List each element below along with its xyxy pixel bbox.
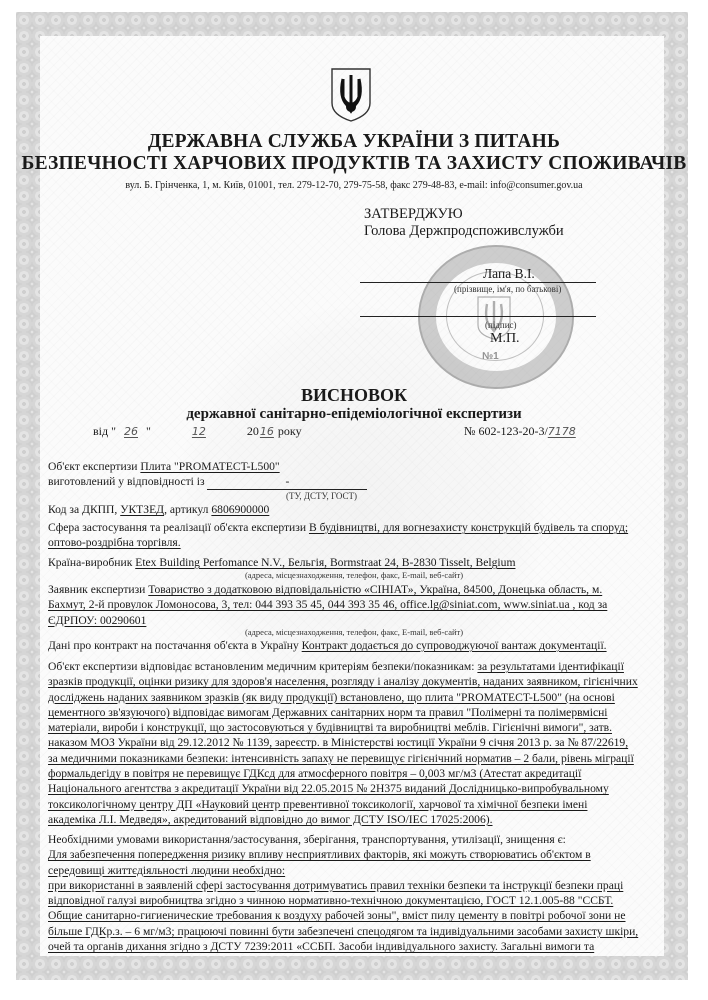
producer-value: Etex Building Perfomance N.V., Бельгія, …: [135, 556, 515, 569]
applicant-value-2: Бахмут, 2-й провулок Ломоносова, 3, тел:…: [48, 598, 607, 611]
signature-line: [360, 316, 596, 317]
approver-position: Голова Держпродспоживслужби: [364, 223, 564, 240]
applicant-value-3: ЄДРПОУ: 00290601: [48, 614, 146, 627]
compliance-line: цементного зв'язуючого) відповідає вимог…: [48, 705, 660, 720]
code-value: 6806900000: [211, 503, 269, 516]
name-line: [360, 282, 596, 283]
object-value: Плита "PROMATECT-L500": [140, 460, 279, 473]
applicant-label: Заявник експертизи: [48, 583, 145, 596]
date-year-prefix: 20: [247, 424, 259, 438]
conditions-line: відповідної галузі виробництва згідно з …: [48, 893, 660, 908]
name-caption: (прізвище, ім'я, по батькові): [454, 284, 561, 294]
contract-value: Контракт додається до супроводжуючої ван…: [302, 639, 607, 652]
document-subtitle: державної санітарно-епідеміологічної екс…: [0, 406, 708, 423]
applicant-caption: (адреса, місцезнаходження, телефон, факс…: [48, 627, 660, 638]
conditions-line: Общие санитарно-гигиенические требования…: [48, 908, 660, 923]
made-field: виготовлений у відповідності із -: [48, 474, 660, 490]
object-field: Об'єкт експертизи Плита "PROMATECT-L500": [48, 459, 660, 474]
contract-label: Дані про контракт на постачання об'єкта …: [48, 639, 299, 652]
scope-field: Сфера застосування та реалізації об'єкта…: [48, 520, 660, 551]
compliance-line: Національного агентства з акредитації Ук…: [48, 781, 660, 796]
compliance-line: за медичними показниками безпеки: інтенс…: [48, 751, 660, 766]
compliance-line: зразків продукції, оцінки ризику для здо…: [48, 674, 660, 689]
document-number: № 602-123-20-3/7178: [464, 424, 610, 439]
producer-label: Країна-виробник: [48, 556, 132, 569]
compliance-line: наказом МОЗ України від 29.12.2012 № 113…: [48, 735, 660, 750]
org-address: вул. Б. Грінченка, 1, м. Київ, 01001, те…: [0, 180, 708, 191]
number-handwritten: 7178: [548, 425, 610, 438]
applicant-value-1: Товариство з додатковою відповідальністю…: [148, 583, 602, 596]
date-suffix: року: [278, 424, 302, 438]
org-name-line2: БЕЗПЕЧНОСТІ ХАРЧОВИХ ПРОДУКТІВ ТА ЗАХИСТ…: [0, 153, 708, 175]
document-title: ВИСНОВОК: [0, 385, 708, 406]
code-art-label: , артикул: [164, 503, 208, 516]
compliance-line: матеріали, вироби і конструкції, що заст…: [48, 720, 660, 735]
producer-field: Країна-виробник Etex Building Perfomance…: [48, 555, 660, 570]
made-label: виготовлений у відповідності із: [48, 475, 205, 488]
number-prefix: № 602-123-20-3/: [464, 424, 548, 438]
producer-caption: (адреса, місцезнаходження, телефон, факс…: [48, 570, 660, 581]
code-ukt: УКТЗЕД: [120, 503, 164, 516]
compliance-line: формальдегіду в повітря не перевищує ГДК…: [48, 766, 660, 781]
compliance-label: Об'єкт експертизи відповідає встановлени…: [48, 660, 475, 673]
code-field: Код за ДКПП, УКТЗЕД, артикул 6806900000: [48, 502, 660, 517]
org-name-line1: ДЕРЖАВНА СЛУЖБА УКРАЇНИ З ПИТАНЬ: [0, 131, 708, 153]
conditions-line: Для забезпечення попередження ризику впл…: [48, 847, 660, 862]
made-caption: (ТУ, ДСТУ, ГОСТ): [286, 491, 357, 501]
approver-name: Лапа В.І.: [483, 266, 535, 282]
date-day: 26: [116, 425, 146, 438]
scope-value-2: оптово-роздрібна торгівля.: [48, 536, 181, 549]
scope-label: Сфера застосування та реалізації об'єкта…: [48, 521, 306, 534]
object-label: Об'єкт експертизи: [48, 460, 137, 473]
seal-label: М.П.: [490, 331, 520, 347]
approve-label: ЗАТВЕРДЖУЮ: [364, 206, 463, 223]
conditions-line: при використанні в заявленій сфері засто…: [48, 878, 660, 893]
compliance-line: досліджень наданих заявником зразків (як…: [48, 690, 660, 705]
conditions-line: більше ГДКр.з. – 6 мг/м3; працюючі повин…: [48, 924, 660, 939]
conditions-section: Необхідними умовами використання/застосу…: [48, 832, 660, 954]
contract-field: Дані про контракт на постачання об'єкта …: [48, 638, 660, 653]
made-value: -: [207, 474, 367, 490]
trident-coat-of-arms-icon: [329, 67, 373, 123]
code-label: Код за ДКПП,: [48, 503, 117, 516]
date-prefix: від: [93, 424, 108, 438]
compliance-line: за результатами ідентифікації: [477, 660, 624, 673]
conditions-line: очей та органів дихання згідно з ДСТУ 72…: [48, 939, 660, 954]
date-month: 12: [154, 425, 244, 438]
conditions-label: Необхідними умовами використання/застосу…: [48, 832, 660, 847]
signature-caption: (підпис): [485, 320, 517, 330]
compliance-section: Об'єкт експертизи відповідає встановлени…: [48, 659, 660, 827]
scope-value-1: В будівництві, для вогнезахисту конструк…: [309, 521, 628, 534]
applicant-field: Заявник експертизи Товариство з додатков…: [48, 582, 660, 628]
stamp-number: №1: [482, 351, 499, 362]
date-row: від "26" 12 2016 року: [93, 424, 302, 439]
compliance-line: токсикологічному центру ДП «Науковий цен…: [48, 797, 660, 812]
compliance-line: академіка Л.І. Медведя», акредитований в…: [48, 812, 660, 827]
date-year: 16: [259, 425, 275, 438]
conditions-line: середовищі життєдіяльності людини необхі…: [48, 863, 660, 878]
